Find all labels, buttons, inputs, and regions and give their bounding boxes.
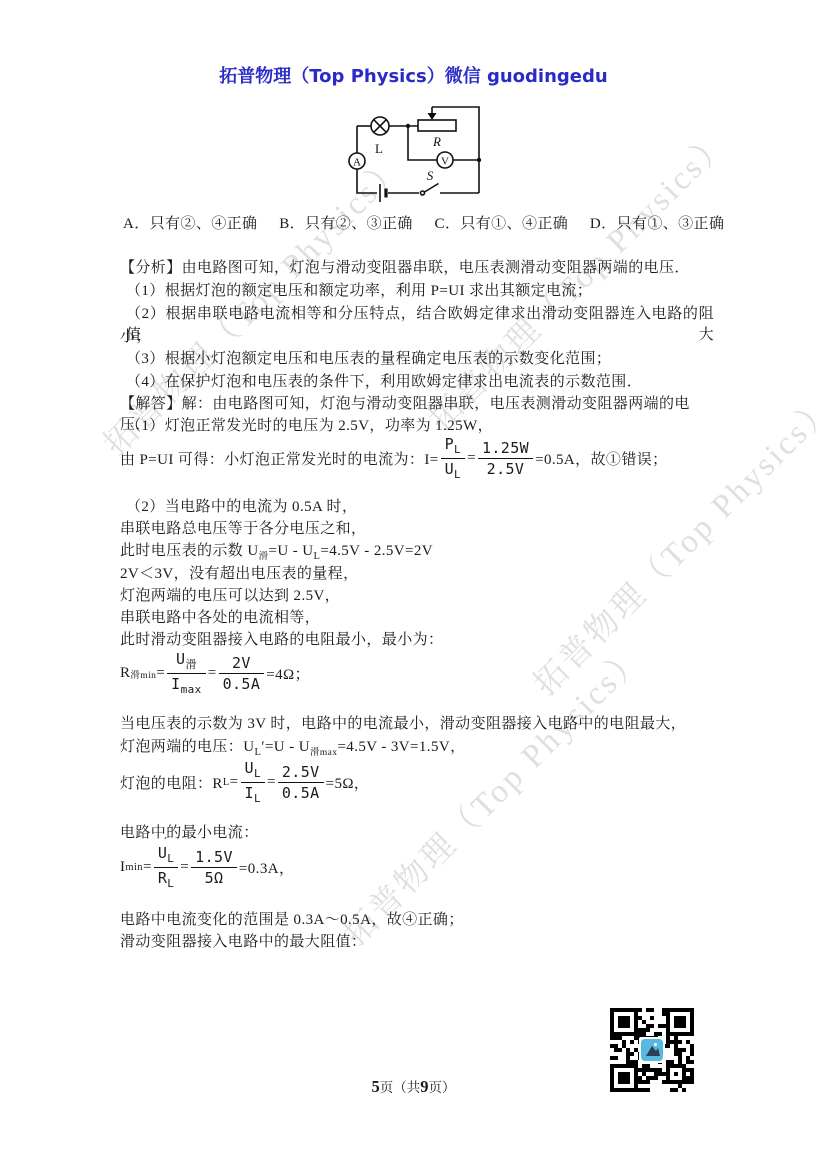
- circuit-diagram: L R A V S: [339, 105, 497, 209]
- page-footer: 5页（共9页）: [0, 1076, 827, 1097]
- solution-line: 串联电路总电压等于各分电压之和，: [120, 519, 714, 540]
- lamp-cross: [374, 120, 387, 133]
- junction-dot: [477, 158, 481, 162]
- formula-text: 由 P=UI 可得：小灯泡正常发光时的电流为：I=: [120, 448, 439, 469]
- fraction: 2.5V 0.5A: [278, 764, 324, 803]
- rheostat-icon: [418, 120, 456, 131]
- analysis-line: （4）在保护灯泡和电压表的条件下，利用欧姆定律求出电流表的示数范围．: [120, 372, 720, 393]
- switch-blade: [425, 184, 439, 193]
- formula-rated-current: 由 P=UI 可得：小灯泡正常发光时的电流为：I= PL UL = 1.25W …: [120, 436, 668, 482]
- total-pages: 9: [420, 1077, 428, 1096]
- equals-sign: =: [267, 774, 276, 791]
- fraction: 1.5V 5Ω: [191, 849, 237, 888]
- document-page: 拓普物理（Top Physics） 拓普物理（Top Physics） 拓普物理…: [0, 0, 827, 1169]
- formula-text: =0.3A，: [239, 857, 294, 878]
- formula-min-resistance: R滑min= U滑 Imax = 2V 0.5A =4Ω；: [120, 651, 310, 697]
- formula-min-current: Imin= U′L RL = 1.5V 5Ω =0.3A，: [120, 845, 294, 891]
- slider-arrow-icon: [428, 113, 437, 120]
- option-b: B．只有②、③正确: [279, 216, 413, 232]
- option-d: D．只有①、③正确: [590, 216, 724, 232]
- answer-options: A．只有②、④正确 B．只有②、③正确 C．只有①、④正确 D．只有①、③正确: [123, 212, 763, 233]
- lamp-label: L: [375, 141, 383, 156]
- option-c: C．只有①、④正确: [435, 216, 569, 232]
- formula-text: R: [120, 665, 130, 682]
- formula-text: =5Ω，: [326, 772, 370, 793]
- equals-sign: =: [180, 859, 189, 876]
- voltmeter-label: V: [441, 156, 449, 168]
- fraction: 1.25W 2.5V: [478, 440, 533, 479]
- solution-line: 电路中的最小电流：: [120, 823, 714, 844]
- formula-lamp-resistance: 灯泡的电阻：RL= UL IL = 2.5V 0.5A =5Ω，: [120, 760, 369, 806]
- switch-label: S: [427, 168, 434, 183]
- solution-line: 电路中电流变化的范围是 0.3A～0.5A，故④正确；: [120, 910, 714, 931]
- equals-sign: =: [467, 450, 476, 467]
- fraction: 2V 0.5A: [219, 655, 265, 694]
- solution-line: 灯泡两端的电压可以达到 2.5V，: [120, 586, 714, 607]
- solution-line: 滑动变阻器接入电路中的最大阻值：: [120, 932, 714, 953]
- fraction: U滑 Imax: [167, 651, 206, 697]
- analysis-line: （1）根据灯泡的额定电压和额定功率，利用 P=UI 求出其额定电流；: [120, 281, 720, 302]
- analysis-line: （3）根据小灯泡额定电压和电压表的量程确定电压表的示数变化范围；: [120, 349, 720, 370]
- equals-sign: =: [208, 665, 217, 682]
- fraction: UL IL: [241, 760, 265, 806]
- formula-text: 灯泡的电阻：R: [120, 772, 223, 793]
- page-title: 拓普物理（Top Physics）微信 guodingedu: [0, 62, 827, 88]
- solution-line: 串联电路中各处的电流相等，: [120, 608, 714, 629]
- option-a: A．只有②、④正确: [123, 216, 257, 232]
- solution-line: 此时滑动变阻器接入电路的电阻最小，最小为：: [120, 630, 714, 651]
- switch-pivot: [421, 191, 425, 195]
- wire: [357, 169, 377, 193]
- fraction: U′L RL: [154, 845, 178, 891]
- ammeter-label: A: [353, 157, 361, 169]
- analysis-line: 小；: [120, 327, 714, 348]
- solution-line: 当电压表的示数为 3V 时，电路中的电流最小，滑动变阻器接入电路中的电阻最大，: [120, 714, 714, 735]
- junction-dot: [406, 124, 410, 128]
- solution-line: 2V＜3V，没有超出电压表的量程，: [120, 564, 714, 585]
- rheostat-label: R: [432, 134, 441, 149]
- page-number: 5: [372, 1077, 380, 1096]
- formula-text: =0.5A，故①错误；: [535, 448, 667, 469]
- analysis-line: 【分析】由电路图可知，灯泡与滑动变阻器串联，电压表测滑动变阻器两端的电压．: [120, 258, 714, 279]
- formula-text: =4Ω；: [266, 663, 310, 684]
- solution-line: （2）当电路中的电流为 0.5A 时，: [120, 497, 720, 518]
- solution-line: （1）灯泡正常发光时的电压为 2.5V，功率为 1.25W，: [120, 416, 720, 437]
- fraction: PL UL: [441, 436, 465, 482]
- watermark-text: 拓普物理（Top Physics）: [335, 636, 654, 955]
